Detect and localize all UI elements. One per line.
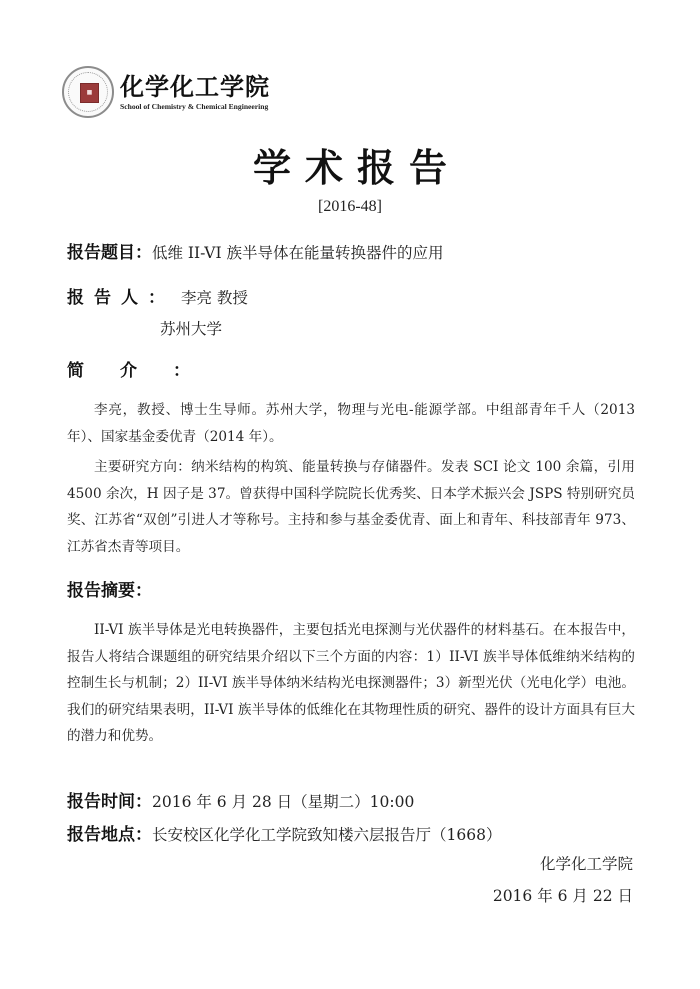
- bio-paragraph-2: 主要研究方向：纳米结构的构筑、能量转换与存储器件。发表 SCI 论文 100 余…: [67, 454, 635, 560]
- abstract-label: 报告摘要：: [67, 576, 152, 601]
- location-label: 报告地点：: [67, 820, 152, 845]
- logo-english-name: School of Chemistry & Chemical Engineeri…: [120, 102, 270, 112]
- announcement-page: ■ 化学化工学院 School of Chemistry & Chemical …: [0, 0, 700, 989]
- document-number: [2016-48]: [0, 198, 700, 216]
- signature-organization: 化学化工学院: [540, 852, 633, 874]
- topic-row: 报告题目： 低维 II-VI 族半导体在能量转换器件的应用: [67, 238, 444, 263]
- speaker-affiliation: 苏州大学: [160, 317, 222, 339]
- time-label: 报告时间：: [67, 787, 152, 812]
- seal-emblem: ■: [80, 83, 99, 103]
- speaker-row: 报告人： 李亮 教授: [67, 283, 248, 308]
- bio-label: 简介：: [67, 356, 226, 381]
- bio-heading-row: 简介：: [67, 356, 226, 381]
- location-row: 报告地点： 长安校区化学化工学院致知楼六层报告厅（1668）: [67, 820, 501, 845]
- document-title: 学术报告: [0, 137, 700, 192]
- abstract-paragraph: II-VI 族半导体是光电转换器件，主要包括光电探测与光伏器件的材料基石。在本报…: [67, 617, 635, 750]
- logo-chinese-name: 化学化工学院: [120, 73, 270, 101]
- signature-date: 2016 年 6 月 22 日: [493, 884, 633, 906]
- time-value: 2016 年 6 月 28 日（星期二）10:00: [152, 790, 414, 812]
- school-logo: ■ 化学化工学院 School of Chemistry & Chemical …: [62, 66, 270, 118]
- topic-label: 报告题目：: [67, 238, 152, 263]
- time-row: 报告时间： 2016 年 6 月 28 日（星期二）10:00: [67, 787, 414, 812]
- school-seal-icon: ■: [62, 66, 114, 118]
- abstract-heading-row: 报告摘要：: [67, 576, 152, 601]
- bio-paragraph-1: 李亮，教授、博士生导师。苏州大学，物理与光电-能源学部。中组部青年千人（2013…: [67, 397, 635, 450]
- speaker-label: 报告人：: [67, 283, 175, 308]
- speaker-name: 李亮 教授: [181, 286, 248, 308]
- location-value: 长安校区化学化工学院致知楼六层报告厅（1668）: [152, 823, 501, 845]
- topic-value: 低维 II-VI 族半导体在能量转换器件的应用: [152, 241, 444, 263]
- logo-text: 化学化工学院 School of Chemistry & Chemical En…: [120, 73, 270, 112]
